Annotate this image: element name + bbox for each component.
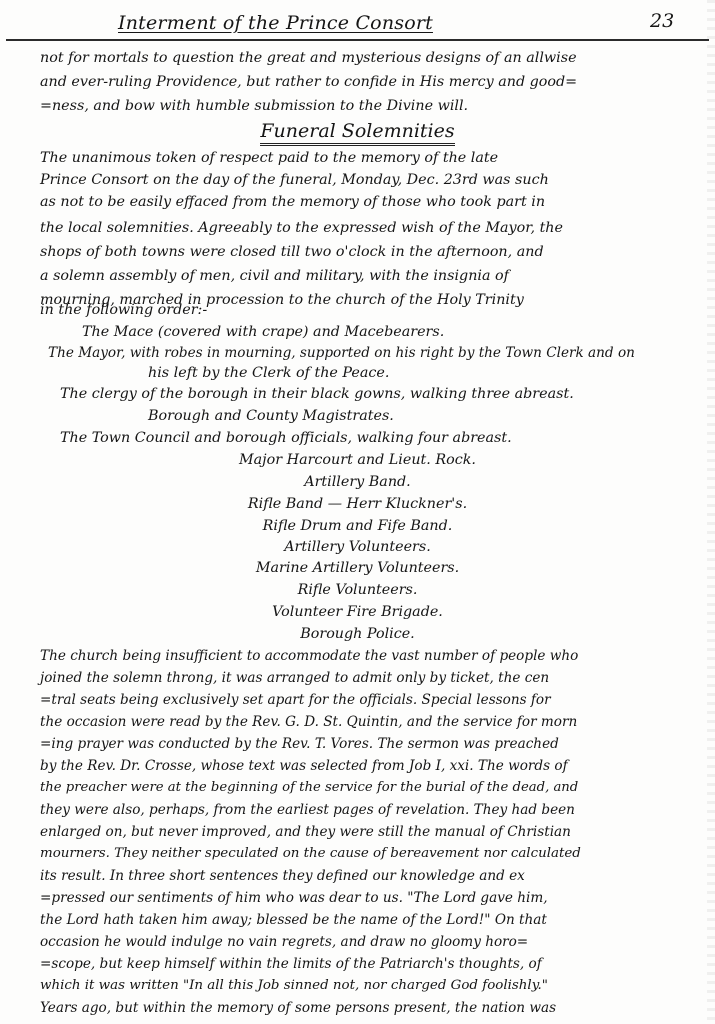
header-rule [6, 39, 709, 41]
text-line: =scope, but keep himself within the limi… [40, 954, 542, 974]
text-line: =ing prayer was conducted by the Rev. T.… [40, 734, 559, 754]
procession-item: The Mace (covered with crape) and Macebe… [82, 322, 444, 342]
text-line: in the following order:- [40, 300, 207, 320]
procession-item: The clergy of the borough in their black… [60, 384, 574, 404]
procession-item: Artillery Band. [0, 472, 715, 492]
procession-item: his left by the Clerk of the Peace. [148, 363, 389, 383]
text-line: mourners. They neither speculated on the… [40, 844, 581, 864]
text-line: occasion he would indulge no vain regret… [40, 932, 528, 952]
text-line: the occasion were read by the Rev. G. D.… [40, 712, 577, 732]
procession-item: Borough Police. [0, 624, 715, 644]
page-number: 23 [650, 10, 674, 32]
text-line: shops of both towns were closed till two… [40, 242, 544, 262]
text-line: they were also, perhaps, from the earlie… [40, 800, 575, 820]
text-line: The church being insufficient to accommo… [40, 646, 578, 666]
procession-item: Rifle Volunteers. [0, 580, 715, 600]
text-line: The unanimous token of respect paid to t… [40, 148, 498, 168]
text-line: the local solemnities. Agreeably to the … [40, 218, 563, 238]
text-line: and ever-ruling Providence, but rather t… [40, 72, 577, 92]
text-line: joined the solemn throng, it was arrange… [40, 668, 549, 688]
section-heading-text: Funeral Solemnities [260, 120, 454, 146]
text-line: =ness, and bow with humble submission to… [40, 96, 468, 116]
text-line: =tral seats being exclusively set apart … [40, 690, 551, 710]
section-heading: Funeral Solemnities [0, 120, 715, 142]
text-line: Years ago, but within the memory of some… [40, 998, 556, 1018]
manuscript-page: Interment of the Prince Consort 23 not f… [0, 0, 715, 1024]
text-line: a solemn assembly of men, civil and mili… [40, 266, 509, 286]
procession-item: Major Harcourt and Lieut. Rock. [0, 450, 715, 470]
text-line: its result. In three short sentences the… [40, 866, 525, 886]
procession-item: Volunteer Fire Brigade. [0, 602, 715, 622]
procession-item: The Town Council and borough officials, … [60, 428, 512, 448]
procession-item: Artillery Volunteers. [0, 537, 715, 557]
text-line: Prince Consort on the day of the funeral… [40, 170, 549, 190]
text-line: which it was written "In all this Job si… [40, 976, 548, 996]
procession-item: Borough and County Magistrates. [148, 406, 394, 426]
procession-item: Rifle Band — Herr Kluckner's. [0, 494, 715, 514]
text-line: not for mortals to question the great an… [40, 48, 577, 68]
page-header: Interment of the Prince Consort 23 [0, 8, 715, 42]
procession-item: Rifle Drum and Fife Band. [0, 516, 715, 536]
text-line: the preacher were at the beginning of th… [40, 778, 578, 798]
text-line: enlarged on, but never improved, and the… [40, 822, 571, 842]
procession-item: The Mayor, with robes in mourning, suppo… [48, 343, 635, 363]
text-line: =pressed our sentiments of him who was d… [40, 888, 548, 908]
text-line: by the Rev. Dr. Crosse, whose text was s… [40, 756, 568, 776]
text-line: as not to be easily effaced from the mem… [40, 192, 545, 212]
header-title: Interment of the Prince Consort [118, 12, 433, 34]
procession-item: Marine Artillery Volunteers. [0, 558, 715, 578]
text-line: the Lord hath taken him away; blessed be… [40, 910, 547, 930]
